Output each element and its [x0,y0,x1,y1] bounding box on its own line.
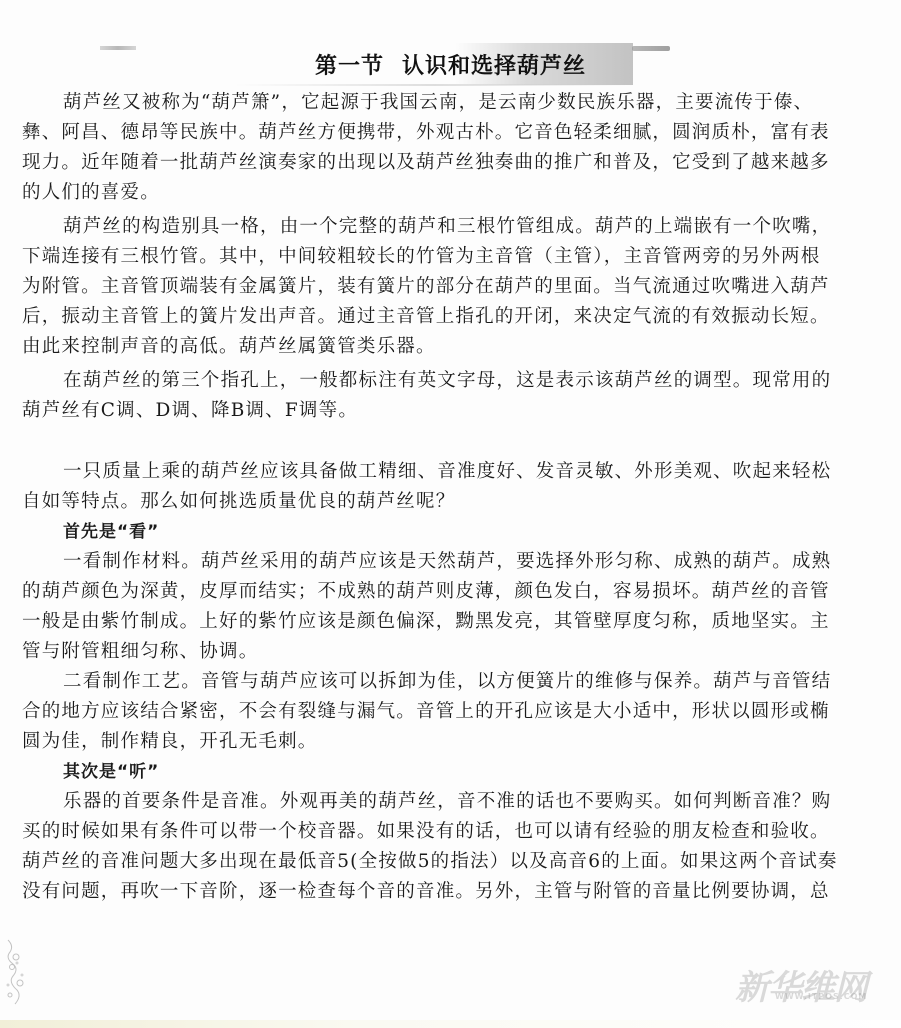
paragraph-keys: 在葫芦丝的第三个指孔上，一般都标注有英文字母，这是表示该葫芦丝的调型。现常用的 … [22,366,882,426]
text-line: 一看制作材料。葫芦丝采用的葫芦应该是天然葫芦，要选择外形匀称、成熟的葫芦。成熟 [22,547,882,577]
paragraph-intonation: 乐器的首要条件是音准。外观再美的葫芦丝，音不准的话也不要购买。如何判断音准？购 … [22,787,882,907]
paragraph-quality: 一只质量上乘的葫芦丝应该具备做工精细、音准度好、发音灵敏、外形美观、吹起来轻松 … [22,457,882,517]
text-line: 彝、阿昌、德昂等民族中。葫芦丝方便携带，外观古朴。它音色轻柔细腻，圆润质朴，富有… [22,118,882,148]
subheading-look: 首先是“看” [22,517,882,547]
text-line: 为附管。主音管顶端装有金属簧片，装有簧片的部分在葫芦的里面。当气流通过吹嘴进入葫… [22,272,882,302]
paragraph-craftsmanship: 二看制作工艺。音管与葫芦应该可以拆卸为佳，以方便簧片的维修与保养。葫芦与音管结 … [22,667,882,757]
text-line: 葫芦丝的构造别具一格，由一个完整的葫芦和三根竹管组成。葫芦的上端嵌有一个吹嘴， [22,212,882,242]
text-line: 管与附管粗细匀称、协调。 [22,637,882,667]
paragraph-intro: 葫芦丝又被称为“葫芦箫”，它起源于我国云南，是云南少数民族乐器，主要流传于傣、 … [22,88,882,208]
section-number: 第一节 [315,53,384,79]
text-line: 圆为佳，制作精良，开孔无毛刺。 [22,727,882,757]
section-title: 第一节认识和选择葫芦丝 [0,49,901,80]
floral-ornament-icon [2,935,38,1015]
watermark-subtext: WWW.ITPOS.COM [775,992,867,1001]
text-line: 自如等特点。那么如何挑选质量优良的葫芦丝呢？ [22,487,882,517]
text-line: 后，振动主音管上的簧片发出声音。通过主音管上指孔的开闭，来决定气流的有效振动长短… [22,302,882,332]
text-line: 由此来控制声音的高低。葫芦丝属簧管类乐器。 [22,332,882,362]
text-line: 一般是由紫竹制成。上好的紫竹应该是颜色偏深，黝黑发亮，其管壁厚度匀称，质地坚实。… [22,607,882,637]
section-title-band: 第一节认识和选择葫芦丝 [0,40,901,88]
watermark-text: 新华维网 [735,968,867,1008]
text-line: 二看制作工艺。音管与葫芦应该可以拆卸为佳，以方便簧片的维修与保养。葫芦与音管结 [22,667,882,697]
text-line: 现力。近年随着一批葫芦丝演奏家的出现以及葫芦丝独奏曲的推广和普及，它受到了越来越… [22,148,882,178]
text-line: 没有问题，再吹一下音阶，逐一检查每个音的音准。另外，主管与附管的音量比例要协调，… [22,877,882,907]
text-line: 在葫芦丝的第三个指孔上，一般都标注有英文字母，这是表示该葫芦丝的调型。现常用的 [22,366,882,396]
paragraph-materials: 一看制作材料。葫芦丝采用的葫芦应该是天然葫芦，要选择外形匀称、成熟的葫芦。成熟 … [22,547,882,667]
text-line: 葫芦丝的音准问题大多出现在最低音5(全按做5的指法）以及高音6的上面。如果这两个… [22,847,882,877]
text-line: 买的时候如果有条件可以带一个校音器。如果没有的话，也可以请有经验的朋友检查和验收… [22,817,882,847]
title-underline [235,84,635,86]
text-line: 乐器的首要条件是音准。外观再美的葫芦丝，音不准的话也不要购买。如何判断音准？购 [22,787,882,817]
text-line: 一只质量上乘的葫芦丝应该具备做工精细、音准度好、发音灵敏、外形美观、吹起来轻松 [22,457,882,487]
text-line: 葫芦丝又被称为“葫芦箫”，它起源于我国云南，是云南少数民族乐器，主要流传于傣、 [22,88,882,118]
subheading-listen: 其次是“听” [22,757,882,787]
text-line: 的人们的喜爱。 [22,178,882,208]
bottom-strip [0,1020,901,1028]
watermark: 新华维网 WWW.ITPOS.COM [735,960,901,1010]
text-line: 下端连接有三根竹管。其中，中间较粗较长的竹管为主音管（主管），主音管两旁的另外两… [22,242,882,272]
section-title-text: 认识和选择葫芦丝 [402,53,586,79]
paragraph-structure: 葫芦丝的构造别具一格，由一个完整的葫芦和三根竹管组成。葫芦的上端嵌有一个吹嘴， … [22,212,882,362]
text-line: 的葫芦颜色为深黄，皮厚而结实；不成熟的葫芦则皮薄，颜色发白，容易损坏。葫芦丝的音… [22,577,882,607]
text-line: 合的地方应该结合紧密，不会有裂缝与漏气。音管上的开孔应该是大小适中，形状以圆形或… [22,697,882,727]
article-body: 葫芦丝又被称为“葫芦箫”，它起源于我国云南，是云南少数民族乐器，主要流传于傣、 … [22,88,882,907]
text-line: 葫芦丝有C调、D调、降B调、F调等。 [22,396,882,426]
